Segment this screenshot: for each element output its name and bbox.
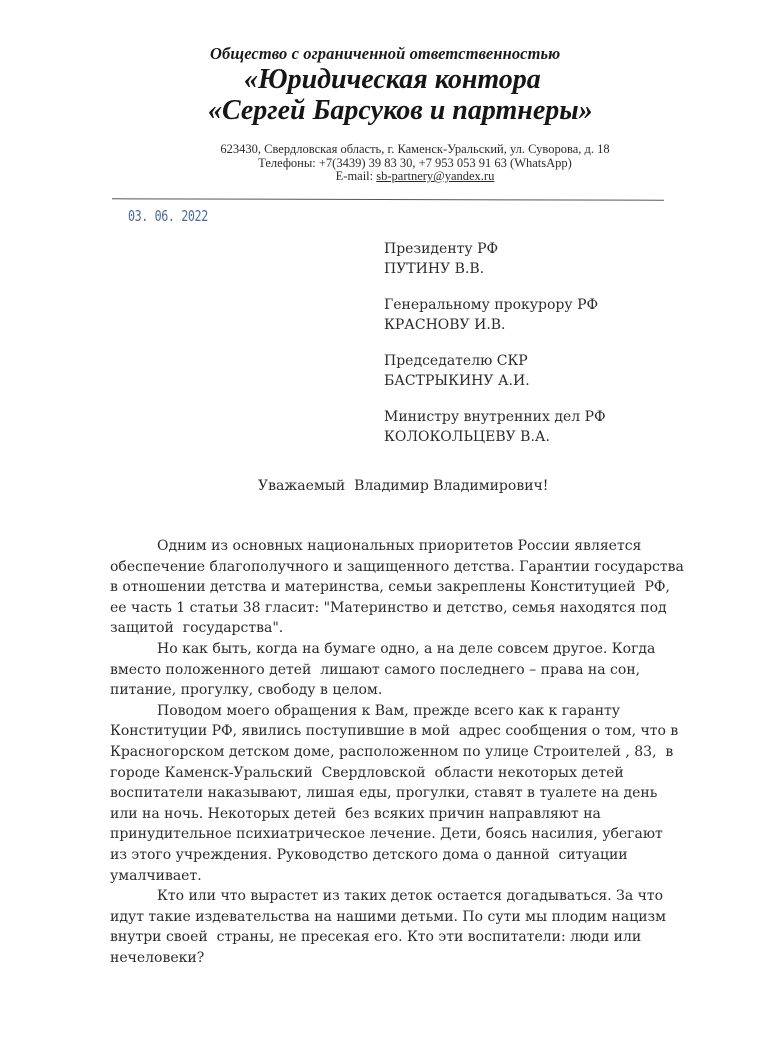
addressee-block: Президенту РФ ПУТИНУ В.В. Генеральному п… xyxy=(384,239,606,463)
address: 623430, Свердловская область, г. Каменск… xyxy=(205,143,625,157)
addressee-position: Генеральному прокурору РФ xyxy=(384,295,606,315)
body-line: вместо положенного детей лишают самого п… xyxy=(110,660,710,681)
addressee-name: БАСТРЫКИНУ А.И. xyxy=(384,371,606,391)
paragraph: Кто или что вырастет из таких деток оста… xyxy=(110,886,710,968)
body-line: обеспечение благополучного и защищенного… xyxy=(110,557,710,578)
addressee: Министру внутренних дел РФ КОЛОКОЛЬЦЕВУ … xyxy=(384,407,606,447)
body-line: или на ночь. Некоторых детей без всяких … xyxy=(110,804,710,825)
body-line: Конституции РФ, явились поступившие в мо… xyxy=(110,721,710,742)
body-line: умалчивает. xyxy=(110,866,710,887)
body-line: воспитатели наказывают, лишая еды, прогу… xyxy=(110,783,710,804)
addressee: Президенту РФ ПУТИНУ В.В. xyxy=(384,239,606,279)
body-line: нечеловеки? xyxy=(110,948,710,969)
body-line: Кто или что вырастет из таких деток оста… xyxy=(110,886,710,907)
body-line: городе Каменск-Уральский Свердловской об… xyxy=(110,763,710,784)
paragraph: Но как быть, когда на бумаге одно, а на … xyxy=(110,639,710,701)
addressee: Председателю СКР БАСТРЫКИНУ А.И. xyxy=(384,351,606,391)
body-line: ее часть 1 статьи 38 гласит: "Материнств… xyxy=(110,598,710,619)
body-line: принудительное психиатрическое лечение. … xyxy=(110,824,710,845)
body-line: из этого учреждения. Руководство детског… xyxy=(110,845,710,866)
body-line: внутри своей страны, не пресекая его. Кт… xyxy=(110,927,710,948)
email-row: E-mail: sb-partnery@yandex.ru xyxy=(205,170,625,184)
addressee-position: Министру внутренних дел РФ xyxy=(384,407,606,427)
addressee-position: Председателю СКР xyxy=(384,351,606,371)
body-line: Красногорском детском доме, расположенно… xyxy=(110,742,710,763)
body-line: защитой государства". xyxy=(110,618,710,639)
paragraph: Одним из основных национальных приоритет… xyxy=(110,536,710,639)
addressee-name: КОЛОКОЛЬЦЕВУ В.А. xyxy=(384,427,606,447)
addressee: Генеральному прокурору РФ КРАСНОВУ И.В. xyxy=(384,295,606,335)
body-line: в отношении детства и материнства, семьи… xyxy=(110,577,710,598)
org-name-line1: «Юридическая контора xyxy=(244,64,541,96)
phones: Телефоны: +7(3439) 39 83 30, +7 953 053 … xyxy=(205,157,625,171)
addressee-position: Президенту РФ xyxy=(384,239,606,259)
body-line: идут такие издевательства на нашими деть… xyxy=(110,907,710,928)
date-stamp: 03. 06. 2022 xyxy=(128,207,208,225)
email-label: E-mail: xyxy=(336,169,377,183)
body-line: Но как быть, когда на бумаге одно, а на … xyxy=(110,639,710,660)
contact-block: 623430, Свердловская область, г. Каменск… xyxy=(205,143,625,184)
letter-body: Одним из основных национальных приоритет… xyxy=(110,536,710,968)
body-line: питание, прогулку, свободу в целом. xyxy=(110,680,710,701)
paragraph: Поводом моего обращения к Вам, прежде вс… xyxy=(110,701,710,886)
org-name-line2: «Сергей Барсуков и партнеры» xyxy=(208,95,593,127)
header-divider xyxy=(112,198,664,200)
addressee-name: КРАСНОВУ И.В. xyxy=(384,315,606,335)
org-type: Общество с ограниченной ответственностью xyxy=(210,44,560,64)
addressee-name: ПУТИНУ В.В. xyxy=(384,259,606,279)
body-line: Поводом моего обращения к Вам, прежде вс… xyxy=(110,701,710,722)
salutation: Уважаемый Владимир Владимирович! xyxy=(258,478,548,494)
email-link[interactable]: sb-partnery@yandex.ru xyxy=(376,169,494,183)
body-line: Одним из основных национальных приоритет… xyxy=(110,536,710,557)
